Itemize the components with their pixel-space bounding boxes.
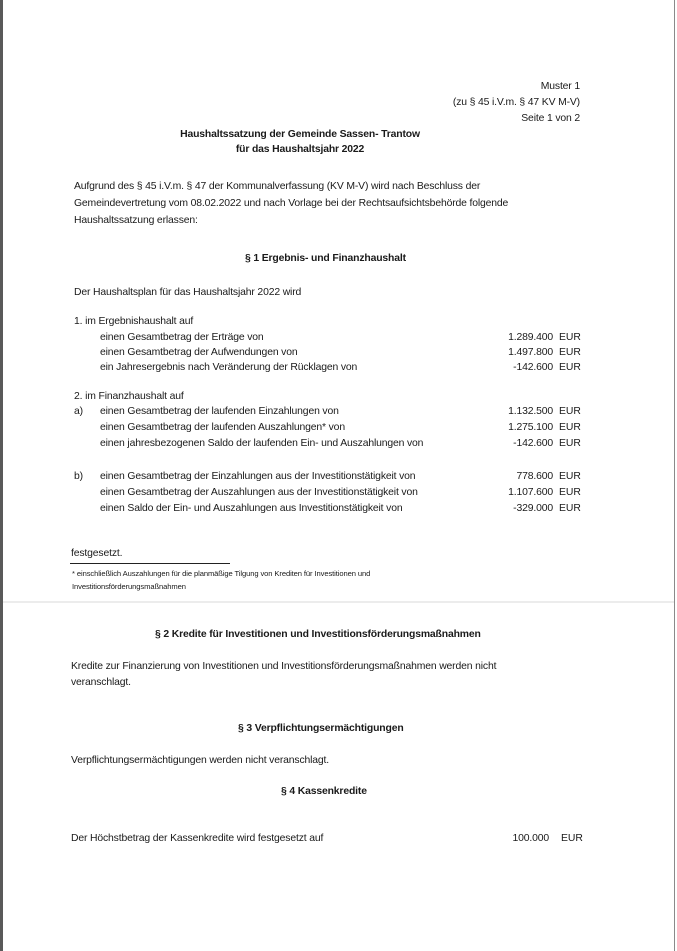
row-currency: EUR <box>559 503 581 514</box>
closing-text: festgesetzt. <box>71 548 122 559</box>
row-amount: -329.000 <box>463 503 553 514</box>
row-amount: 1.497.800 <box>463 347 553 358</box>
ergebnishaushalt-label: 1. im Ergebnishaushalt auf <box>74 316 193 327</box>
row-text: einen Gesamtbetrag der laufenden Auszahl… <box>100 422 345 433</box>
page-border-left <box>0 0 3 951</box>
row-amount: 778.600 <box>463 471 553 482</box>
muster-label: Muster 1 <box>541 81 580 92</box>
preamble-line-3: Haushaltssatzung erlassen: <box>74 215 198 226</box>
page-indicator: Seite 1 von 2 <box>521 113 580 124</box>
row-currency: EUR <box>559 362 581 373</box>
footnote-line-1: * einschließlich Auszahlungen für die pl… <box>72 569 370 578</box>
row-text: einen Gesamtbetrag der Auszahlungen aus … <box>100 487 418 498</box>
marker-b: b) <box>74 471 83 482</box>
row-amount: -142.600 <box>463 438 553 449</box>
footnote-line-2: Investitionsförderungsmaßnahmen <box>72 582 186 591</box>
kassenkredit-currency: EUR <box>561 833 583 844</box>
row-amount: 1.289.400 <box>463 332 553 343</box>
row-amount: -142.600 <box>463 362 553 373</box>
marker-a: a) <box>74 406 83 417</box>
row-text: einen jahresbezogenen Saldo der laufende… <box>100 438 423 449</box>
row-currency: EUR <box>559 487 581 498</box>
section-1-intro: Der Haushaltsplan für das Haushaltsjahr … <box>74 287 301 298</box>
legal-reference: (zu § 45 i.V.m. § 47 KV M-V) <box>453 97 580 108</box>
row-amount: 1.132.500 <box>463 406 553 417</box>
row-text: einen Gesamtbetrag der Einzahlungen aus … <box>100 471 415 482</box>
row-amount: 1.275.100 <box>463 422 553 433</box>
section-3-text: Verpflichtungsermächtigungen werden nich… <box>71 755 329 766</box>
kassenkredit-amount: 100.000 <box>459 833 549 844</box>
section-3-heading: § 3 Verpflichtungsermächtigungen <box>238 723 404 734</box>
footnote-divider <box>70 563 230 564</box>
row-text: ein Jahresergebnis nach Veränderung der … <box>100 362 357 373</box>
preamble-line-2: Gemeindevertretung vom 08.02.2022 und na… <box>74 198 508 209</box>
row-text: einen Gesamtbetrag der Aufwendungen von <box>100 347 298 358</box>
scan-fold-line <box>3 601 674 603</box>
section-1-heading: § 1 Ergebnis- und Finanzhaushalt <box>245 253 406 264</box>
finanzhaushalt-label: 2. im Finanzhaushalt auf <box>74 391 184 402</box>
preamble-line-1: Aufgrund des § 45 i.V.m. § 47 der Kommun… <box>74 181 480 192</box>
page-border-right <box>674 0 675 951</box>
title-line-1: Haushaltssatzung der Gemeinde Sassen- Tr… <box>150 129 450 140</box>
row-currency: EUR <box>559 406 581 417</box>
row-currency: EUR <box>559 438 581 449</box>
section-2-heading: § 2 Kredite für Investitionen und Invest… <box>155 629 481 640</box>
row-text: einen Gesamtbetrag der laufenden Einzahl… <box>100 406 339 417</box>
row-amount: 1.107.600 <box>463 487 553 498</box>
row-text: einen Gesamtbetrag der Erträge von <box>100 332 264 343</box>
row-currency: EUR <box>559 347 581 358</box>
row-currency: EUR <box>559 332 581 343</box>
section-2-line-1: Kredite zur Finanzierung von Investition… <box>71 661 496 672</box>
title-line-2: für das Haushaltsjahr 2022 <box>150 144 450 155</box>
row-currency: EUR <box>559 422 581 433</box>
section-2-line-2: veranschlagt. <box>71 677 131 688</box>
section-4-heading: § 4 Kassenkredite <box>281 786 367 797</box>
section-4-text: Der Höchstbetrag der Kassenkredite wird … <box>71 833 323 844</box>
row-currency: EUR <box>559 471 581 482</box>
row-text: einen Saldo der Ein- und Auszahlungen au… <box>100 503 402 514</box>
